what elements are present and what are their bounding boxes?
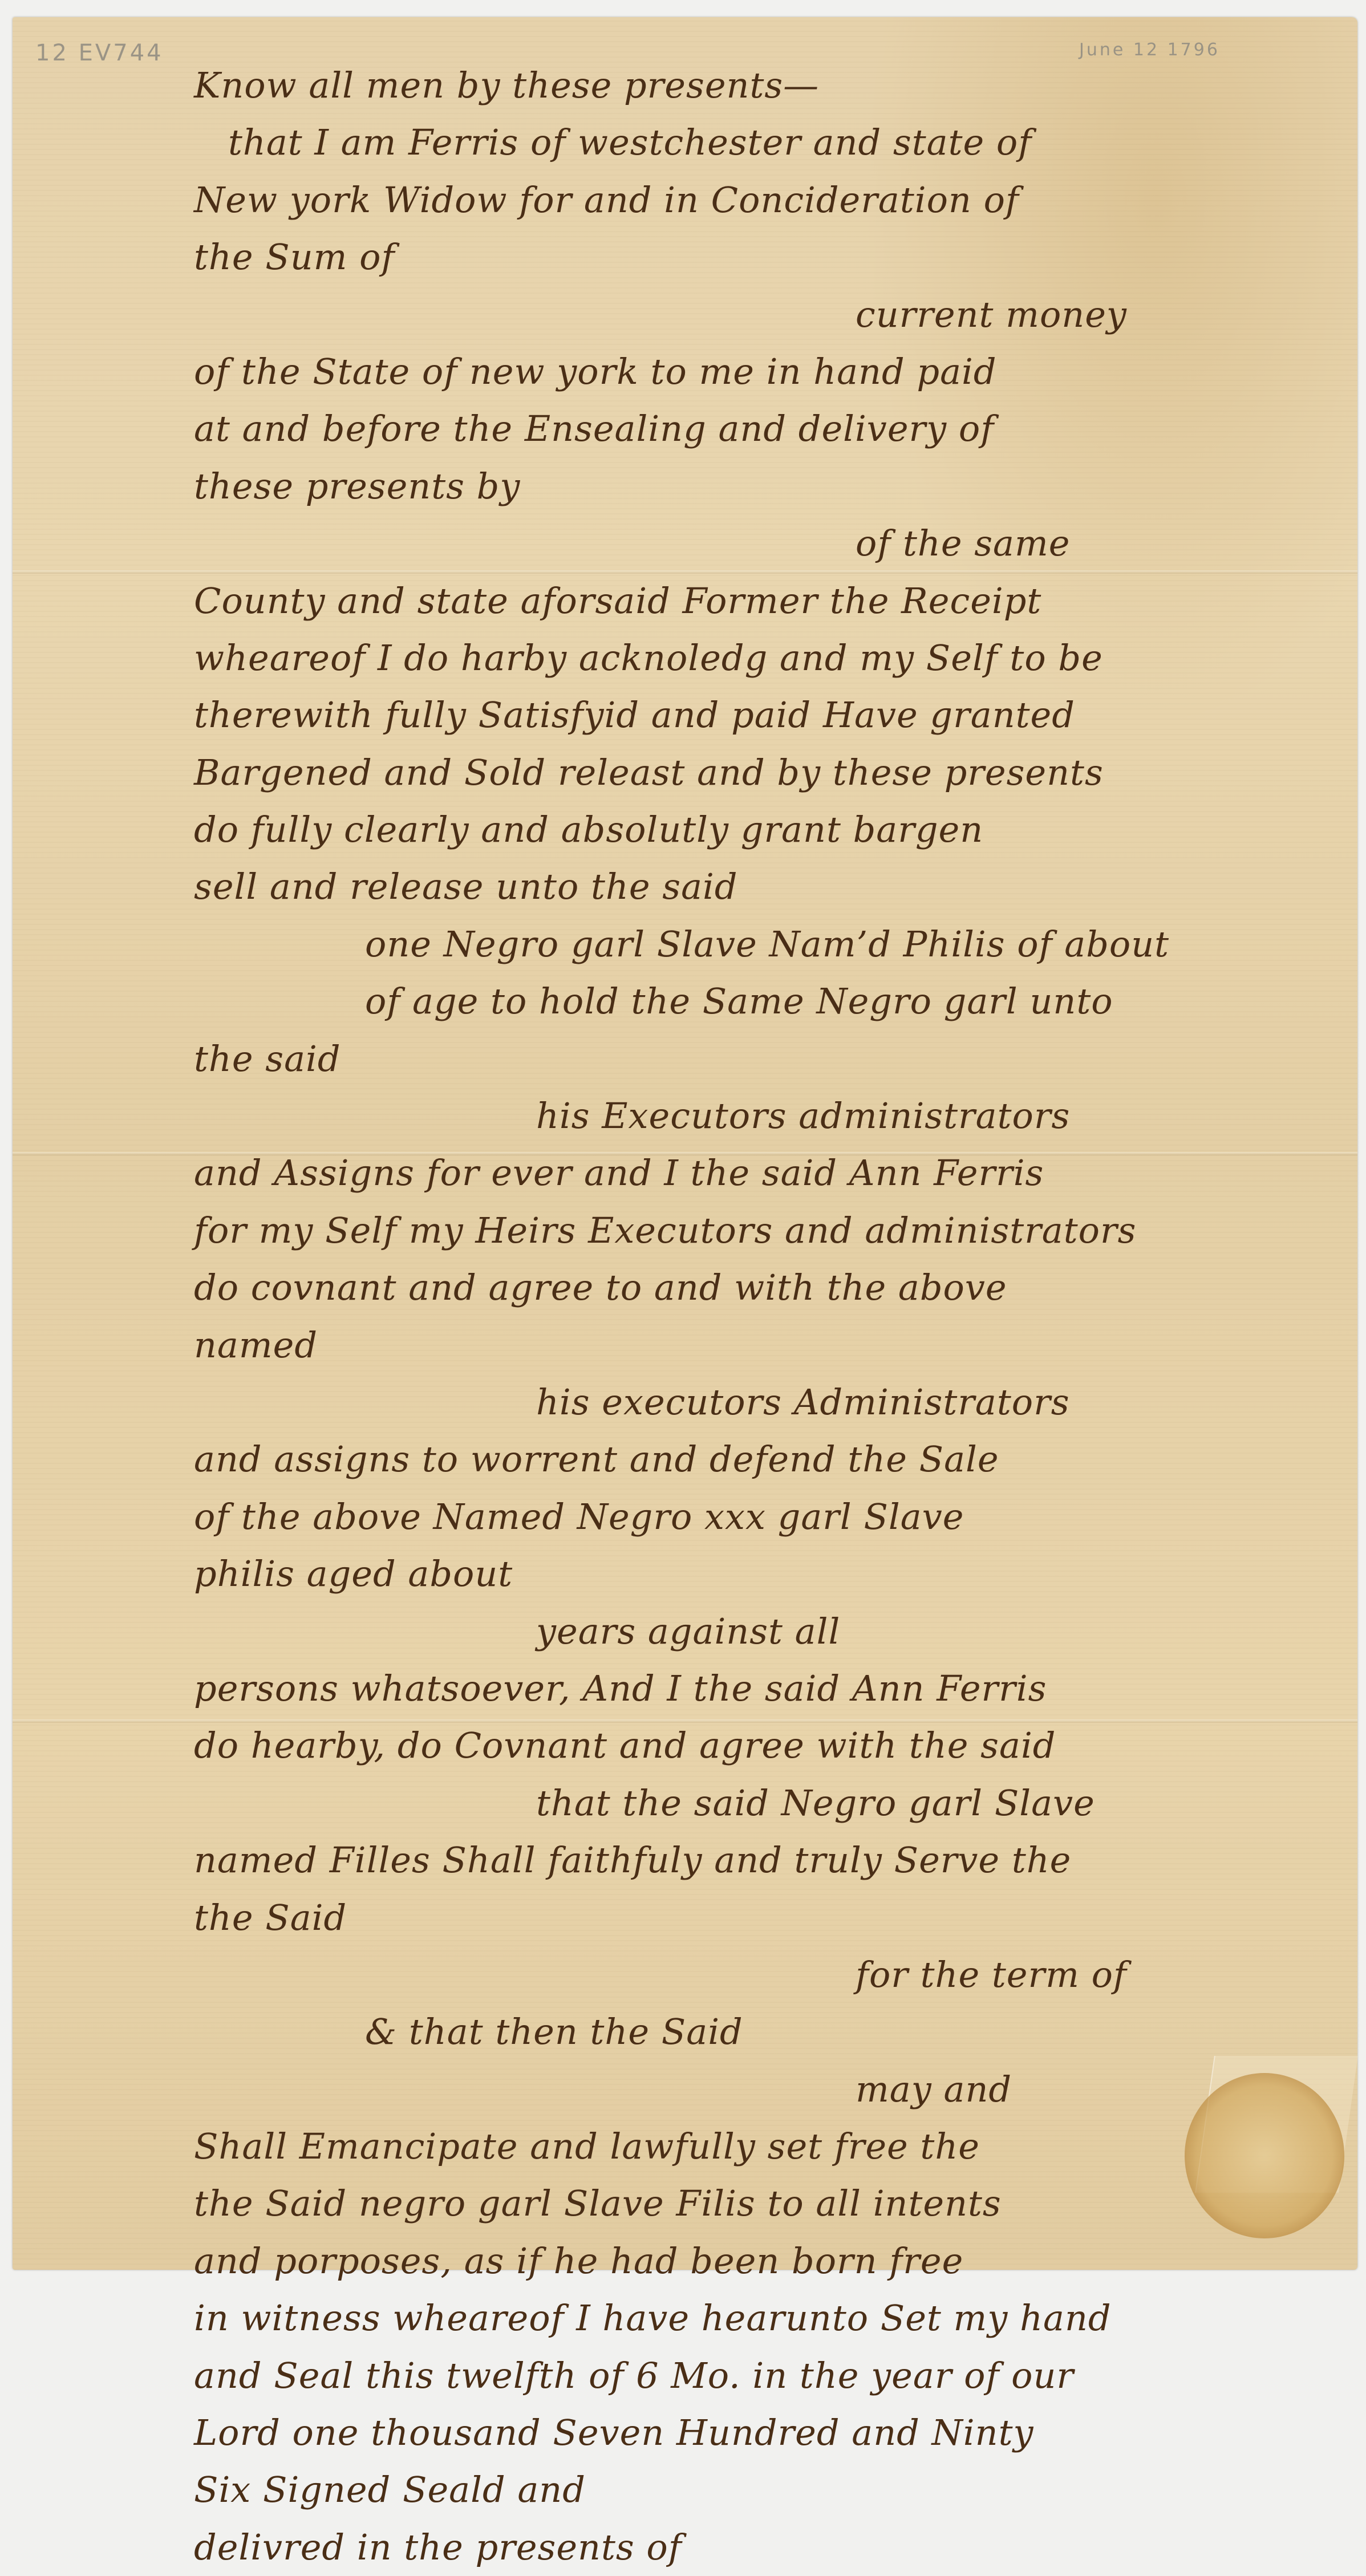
text-line: the Said negro garl Slave Filis to all i… [194,2175,1329,2232]
text-line: of the same [194,515,1329,572]
text-line: of age to hold the Same Negro garl unto [194,973,1329,1030]
text-line: wheareof I do harby acknoledg and my Sel… [194,630,1329,687]
text-line: current money [194,286,1329,343]
text-line: persons whatsoever, And I the said Ann F… [194,1660,1329,1717]
text-line: for the term of [194,1946,1329,2003]
text-line: the said [194,1031,1329,1088]
text-line: do covnant and agree to and with the abo… [194,1259,1329,1316]
text-line: and porposes, as if he had been born fre… [194,2233,1329,2281]
text-line: may and [194,2061,1329,2118]
text-line: New york Widow for and in Concideration … [194,172,1329,229]
text-line: his Executors administrators [194,1088,1329,1145]
text-line: Know all men by these presents— [194,57,1329,114]
text-line: for my Self my Heirs Executors and admin… [194,1202,1329,1259]
text-line: of the State of new york to me in hand p… [194,343,1329,400]
text-line: sell and release unto the said [194,858,1329,915]
text-line: do hearby, do Covnant and agree with the… [194,1717,1329,1774]
text-line: his executors Administrators [194,1374,1329,1431]
text-line: the Sum of [194,229,1329,286]
text-line: of the above Named Negro xxx garl Slave [194,1488,1329,1545]
text-line: named [194,1317,1329,1374]
text-line: and Assigns for ever and I the said Ann … [194,1145,1329,1202]
text-line: at and before the Ensealing and delivery… [194,400,1329,457]
text-line: the Said [194,1889,1329,1946]
text-line: & that then the Said [194,2003,1329,2060]
text-line: named Filles Shall faithfuly and truly S… [194,1832,1329,1889]
text-line: Shall Emancipate and lawfully set free t… [194,2118,1329,2175]
text-line: Bargened and Sold releast and by these p… [194,744,1329,801]
text-line: philis aged about [194,1545,1329,1603]
text-line: that the said Negro garl Slave [194,1775,1329,1832]
pencil-catalog-number: 12 EV744 [35,40,164,66]
text-line: these presents by [194,458,1329,515]
text-line: County and state aforsaid Former the Rec… [194,573,1329,630]
text-line: that I am Ferris of westchester and stat… [194,114,1329,171]
text-line: one Negro garl Slave Nam’d Philis of abo… [194,916,1329,973]
text-line: and assigns to worrent and defend the Sa… [194,1431,1329,1488]
text-line: do fully clearly and absolutly grant bar… [194,801,1329,858]
manuscript-body: Know all men by these presents— that I a… [194,57,1329,2281]
text-line: therewith fully Satisfyid and paid Have … [194,687,1329,744]
text-line: years against all [194,1603,1329,1660]
